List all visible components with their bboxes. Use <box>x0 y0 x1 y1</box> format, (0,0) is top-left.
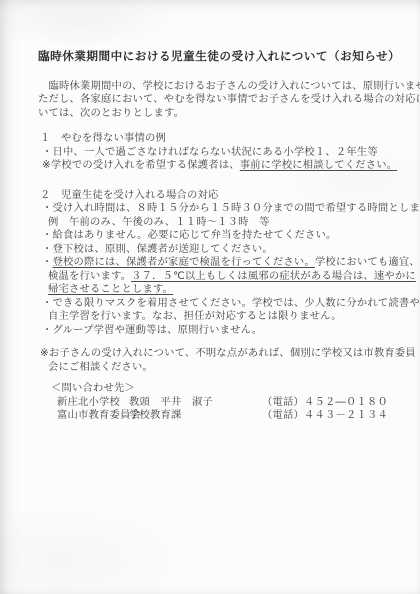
section-2-procedures: ２ 児童生徒を受け入れる場合の対応・受け入れ時間は、８時１５分から１５時３０分ま… <box>38 189 386 338</box>
underlined-text: 事前に学校に相談してください。 <box>240 159 397 171</box>
text-line: ・できる限りマスクを着用させてください。学校では、少人数に分かれて読書や <box>42 297 386 311</box>
contact-phone: （電話）４５２―０１８０ <box>262 396 388 410</box>
text-segment: ※お子さんの受け入れについて、不明な点があれば、個別に学校又は市教育委員 <box>40 347 416 359</box>
text-line: ・登校の際には、保護者が家庭で検温を行ってください。学校においても適宜、 <box>42 256 386 270</box>
text-line: ※お子さんの受け入れについて、不明な点があれば、個別に学校又は市教育委員 <box>40 347 386 361</box>
text-segment: ・できる限りマスクを着用させてください。学校では、少人数に分かれて読書や <box>42 297 420 309</box>
text-line: 自主学習を行います。なお、担任が対応するとは限りません。 <box>48 310 386 324</box>
contact-row: 富山市教育委員会学校教育課（電話）４４３－２１３４ <box>57 409 386 423</box>
text-segment: １ やむを得ない事情の例 <box>40 132 166 144</box>
text-line: 帰宅させることとします。 <box>48 283 386 297</box>
text-line: 例 午前のみ、午後のみ、１１時～１３時 等 <box>48 216 386 230</box>
contact-org: 富山市教育委員会 <box>57 409 129 423</box>
document-body: 臨時休業期間中の、学校におけるお子さんの受け入れについては、原則行いません。ただ… <box>38 80 386 423</box>
underlined-text: ３７．５℃以上もしくは風邪の症状がある場合は、速やかに <box>131 270 416 282</box>
contact-row: 新庄北小学校教頭 平井 淑子（電話）４５２―０１８０ <box>57 396 386 410</box>
text-segment: 会にご相談ください。 <box>48 361 153 373</box>
text-line: いては、次のとおりとします。 <box>38 107 386 121</box>
scanned-notice-page: 臨時休業期間中における児童生徒の受け入れについて（お知らせ） 臨時休業期間中の、… <box>0 0 420 594</box>
contact-section: ＜問い合わせ先＞新庄北小学校教頭 平井 淑子（電話）４５２―０１８０富山市教育委… <box>38 382 386 423</box>
text-line: ・受け入れ時間は、８時１５分から１５時３０分までの間で希望する時間とします。 <box>42 202 386 216</box>
text-segment: ただし、各家庭において、やむを得ない事情でお子さんを受け入れる場合の対応につ <box>38 93 420 105</box>
contact-org: 新庄北小学校 <box>57 396 129 410</box>
text-segment: ＜問い合わせ先＞ <box>51 382 135 394</box>
document-content: 臨時休業期間中における児童生徒の受け入れについて（お知らせ） 臨時休業期間中の、… <box>0 0 420 423</box>
text-line: １ やむを得ない事情の例 <box>40 132 386 146</box>
text-segment: ・ <box>42 256 53 268</box>
contact-phone: （電話）４４３－２１３４ <box>262 409 388 423</box>
text-segment: ・受け入れ時間は、８時１５分から１５時３０分までの間で希望する時間とします。 <box>42 202 420 214</box>
text-segment: 学校においても適宜、 <box>315 256 420 268</box>
document-title: 臨時休業期間中における児童生徒の受け入れについて（お知らせ） <box>38 50 386 64</box>
text-segment: ・登下校は、原則、保護者が送迎してください。 <box>42 243 273 255</box>
text-line: 検温を行います。３７．５℃以上もしくは風邪の症状がある場合は、速やかに <box>48 270 386 284</box>
section-1-reasons: １ やむを得ない事情の例・日中、一人で過ごさなければならない状況にある小学校１、… <box>38 132 386 173</box>
text-line: ・給食はありません。必要に応じて弁当を持たせてください。 <box>42 229 386 243</box>
contact-person: 教頭 平井 淑子 <box>129 396 262 410</box>
intro-paragraph: 臨時休業期間中の、学校におけるお子さんの受け入れについては、原則行いません。ただ… <box>38 80 386 121</box>
text-segment: ２ 児童生徒を受け入れる場合の対応 <box>40 189 218 201</box>
text-line: 会にご相談ください。 <box>48 361 386 375</box>
note-paragraph: ※お子さんの受け入れについて、不明な点があれば、個別に学校又は市教育委員会にご相… <box>38 347 386 374</box>
text-line: ※学校での受け入れを希望する保護者は、事前に学校に相談してください。 <box>42 159 386 173</box>
text-segment: 自主学習を行います。なお、担任が対応するとは限りません。 <box>48 310 342 322</box>
text-segment: ・日中、一人で過ごさなければならない状況にある小学校１、２年生等 <box>42 146 378 158</box>
underlined-text: 登校の際には、保護者が家庭で検温を行ってください。 <box>53 256 315 268</box>
text-segment: 検温を行います。 <box>48 270 131 282</box>
text-line: 臨時休業期間中の、学校におけるお子さんの受け入れについては、原則行いません。 <box>38 80 386 94</box>
text-line: ＜問い合わせ先＞ <box>51 382 386 396</box>
contact-person: 学校教育課 <box>129 409 262 423</box>
text-segment: ※学校での受け入れを希望する保護者は、 <box>42 159 240 171</box>
text-line: ２ 児童生徒を受け入れる場合の対応 <box>40 189 386 203</box>
text-segment: ・給食はありません。必要に応じて弁当を持たせてください。 <box>42 229 337 241</box>
text-segment: 例 午前のみ、午後のみ、１１時～１３時 等 <box>48 216 270 228</box>
text-segment: 臨時休業期間中の、学校におけるお子さんの受け入れについては、原則行いません。 <box>38 80 420 92</box>
text-line: ただし、各家庭において、やむを得ない事情でお子さんを受け入れる場合の対応につ <box>38 93 386 107</box>
text-segment: ・グループ学習や運動等は、原則行いません。 <box>42 324 262 336</box>
text-line: ・登下校は、原則、保護者が送迎してください。 <box>42 243 386 257</box>
text-line: ・日中、一人で過ごさなければならない状況にある小学校１、２年生等 <box>42 146 386 160</box>
underlined-text: 帰宅させることとします。 <box>48 283 173 295</box>
text-segment: いては、次のとおりとします。 <box>38 107 184 119</box>
text-line: ・グループ学習や運動等は、原則行いません。 <box>42 324 386 338</box>
